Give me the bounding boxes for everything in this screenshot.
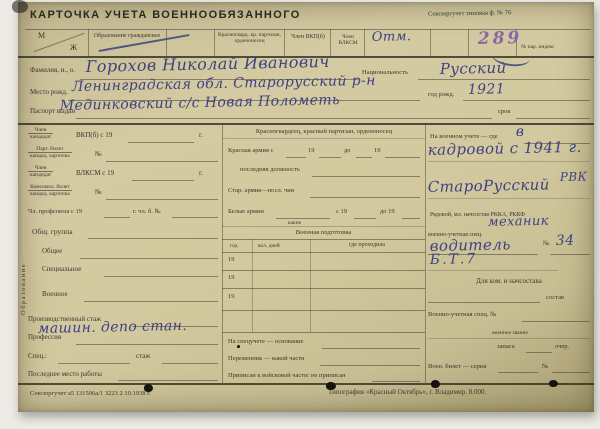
sostav-label: состав — [546, 294, 564, 301]
footer-print-right: Типография «Красный Октябрь», г. Владими… — [328, 389, 486, 397]
rank-handwritten: механик — [488, 214, 549, 230]
candidate-card-label: кандид. карточка — [28, 153, 72, 159]
candidate-label: кандидат — [28, 172, 53, 178]
rvk-handwritten: СтароРусский — [428, 175, 550, 196]
year-suffix: г. — [199, 132, 203, 140]
punch-hole — [326, 382, 336, 390]
passport-term-label: срок — [498, 108, 511, 115]
vlksm-membership-fraction: Членкандидат — [28, 165, 53, 183]
vkpb-member-label: Член ВКП(б) — [288, 34, 328, 41]
candidate-label: кандидат — [28, 134, 53, 140]
education-special-label: Специальное — [42, 266, 81, 274]
field-line — [428, 198, 590, 199]
field-line — [319, 157, 341, 158]
record-handwritten-kadr: кадровой с 1941 г. — [428, 138, 582, 159]
vus2-label: Военно-учетная спец. № — [428, 311, 496, 318]
komsomol-card-label: Комсомол. билет — [28, 184, 72, 191]
vlksm-handwritten-note: Отм. — [372, 29, 412, 45]
grid-line — [88, 29, 89, 56]
table-border — [222, 252, 425, 253]
field-line — [418, 79, 590, 80]
field-line — [104, 217, 130, 218]
party-card-fraction: Парт. билеткандид. карточка — [28, 146, 72, 164]
scanned-document: КАРТОЧКА УЧЕТА ВОЕННООБЯЗАННОГО Союзоргу… — [0, 0, 600, 429]
year-19: 19 — [374, 147, 381, 154]
surname-label: Фамилия, и., о. — [30, 67, 75, 75]
field-line — [385, 157, 420, 158]
training-col-where: где проходила — [312, 242, 422, 249]
card-number-handwritten: 289 — [478, 28, 523, 49]
education-general-label: Общее — [42, 248, 62, 256]
party-card-label: Парт. билет — [28, 146, 72, 153]
sex-male-label: М — [38, 32, 45, 41]
field-line — [76, 118, 492, 119]
field-line — [356, 157, 372, 158]
grid-line — [222, 138, 425, 139]
table-border — [222, 288, 425, 289]
special-record-label: На спецучете — основание — [228, 338, 304, 345]
ink-speck — [237, 345, 240, 348]
year-suffix: г. — [199, 170, 203, 178]
field-line — [522, 321, 590, 322]
table-border — [222, 332, 425, 333]
nationality-handwritten: Русский — [440, 59, 507, 78]
field-line — [84, 301, 218, 302]
command-staff-header: Для ком. и начсостава — [428, 278, 590, 286]
social-group-label: Общ. группа — [32, 228, 73, 236]
field-line — [172, 217, 218, 218]
reserve-label: запаса — [497, 343, 515, 350]
rvk-handwritten-sup: РВК — [560, 169, 588, 184]
punch-hole — [431, 380, 440, 388]
assigned-unit-label: Приписан к войсковой части: не приписан — [228, 372, 345, 379]
peremennik-label: Переменник — какой части — [228, 355, 305, 362]
field-line — [428, 302, 540, 303]
birthplace-label: Место рожд. — [30, 89, 68, 97]
white-army-label: Белые армии — [228, 208, 264, 215]
table-border — [222, 310, 425, 311]
field-line — [80, 258, 218, 259]
military-ticket-label: Воен. билет — серия — [428, 363, 486, 370]
footer-print-left: Союзоргучет а5 131506а/1 3223 2.10.1938 … — [30, 390, 151, 397]
training-row-year: 19 — [228, 293, 235, 300]
birth-year-handwritten: 1921 — [468, 81, 506, 98]
field-line — [132, 180, 194, 181]
number-sign: № — [543, 240, 549, 247]
field-line — [106, 199, 218, 200]
last-position-label: последняя должность — [240, 166, 300, 173]
field-line — [526, 352, 552, 353]
to-19-label: до 19 — [380, 208, 395, 215]
red-army-label: Красная армия с — [228, 147, 273, 154]
member-label: Член — [28, 165, 53, 172]
number-sign: № — [95, 189, 102, 197]
number-sign: № — [95, 151, 102, 159]
field-line — [428, 338, 590, 339]
from-19-label: с 19 — [336, 208, 347, 215]
military-training-title: Военная подготовка — [222, 229, 425, 236]
section-divider — [18, 383, 594, 385]
record-handwritten-v: в — [516, 124, 525, 140]
field-line — [372, 381, 420, 382]
grid-line — [330, 29, 331, 56]
civil-education-label: Образование гражданское — [91, 33, 163, 40]
union-ticket-label: г. чл. б. № — [133, 208, 161, 215]
vus-number-handwritten: 34 — [556, 233, 575, 249]
field-line — [354, 218, 376, 219]
vlksm-member-label: Член ВЛКСМ — [333, 34, 363, 46]
sex-female-label: Ж — [70, 44, 77, 53]
year-19: 19 — [308, 147, 315, 154]
punch-hole — [144, 384, 153, 392]
grid-line — [468, 29, 469, 56]
field-line — [428, 161, 590, 162]
vkpb-since-label: ВКП(б) с 19 — [76, 132, 112, 140]
field-line — [552, 372, 590, 373]
field-line — [106, 161, 218, 162]
vlksm-since-label: ВЛКСМ с 19 — [76, 170, 114, 178]
field-line — [516, 118, 590, 119]
field-line — [104, 276, 218, 277]
field-line — [463, 100, 590, 101]
field-line — [118, 380, 218, 381]
index-number-label: № пар. индекс — [521, 44, 555, 50]
column-divider — [222, 123, 223, 383]
form-reference: Союзоргучет типовая ф. № 76 — [428, 9, 511, 18]
bt-handwritten: Б.Т.7 — [430, 251, 478, 268]
red-guard-label: Красногвард. кр. партизан, орденоносец — [217, 32, 282, 44]
field-line — [88, 238, 218, 239]
column-divider — [425, 123, 426, 383]
member-label: Член — [28, 127, 53, 134]
number-sign: № — [542, 363, 548, 370]
military-rank-label: военное звание — [470, 330, 550, 336]
training-col-days: кол. дней — [258, 243, 280, 249]
page-title: КАРТОЧКА УЧЕТА ВОЕННООБЯЗАННОГО — [30, 9, 301, 21]
specialty-experience-label: стаж — [136, 353, 150, 361]
field-line — [286, 157, 306, 158]
grid-line — [166, 29, 167, 56]
until-label: до — [344, 147, 351, 154]
education-vertical-label: Образование — [20, 245, 27, 315]
field-line — [310, 197, 420, 198]
red-guard-section-header: Красногвардеец, красный партизан, ордено… — [224, 128, 424, 135]
field-line — [58, 363, 130, 364]
field-line — [550, 254, 590, 255]
birth-year-label: год рожд. — [428, 91, 454, 98]
field-line — [276, 218, 330, 219]
field-line — [322, 348, 420, 349]
grid-line — [214, 29, 215, 56]
field-line — [76, 344, 218, 345]
table-border — [222, 226, 425, 227]
vkpb-membership-fraction: Членкандидат — [28, 127, 53, 145]
field-line — [402, 218, 420, 219]
old-army-rank-label: Стар. армия—посл. чин — [228, 187, 294, 194]
punch-hole — [549, 380, 558, 387]
field-line — [128, 142, 194, 143]
field-line — [428, 270, 558, 271]
grid-line — [430, 29, 431, 56]
training-row-year: 19 — [228, 274, 235, 281]
ocher-label: очер. — [555, 343, 569, 350]
last-job-label: Последнее место работы — [28, 371, 102, 379]
union-member-label: Чл. профсоюза с 19 — [28, 208, 82, 215]
profession-handwritten: машин. депо стан. — [38, 318, 188, 337]
candidate-card-label: кандид. карточка — [28, 191, 72, 197]
komsomol-card-fraction: Комсомол. билеткандид. карточка — [28, 184, 72, 202]
training-row-year: 19 — [228, 256, 235, 263]
table-border — [222, 270, 425, 271]
field-line — [498, 372, 538, 373]
field-line — [312, 176, 420, 177]
specialty-label: Спец.: — [28, 353, 47, 361]
section-divider — [18, 123, 594, 125]
education-military-label: Военное — [42, 291, 68, 299]
grid-line — [364, 29, 365, 56]
training-col-year: год — [230, 243, 238, 249]
field-line — [320, 365, 420, 366]
field-line — [162, 363, 218, 364]
corner-blotch — [12, 0, 28, 13]
